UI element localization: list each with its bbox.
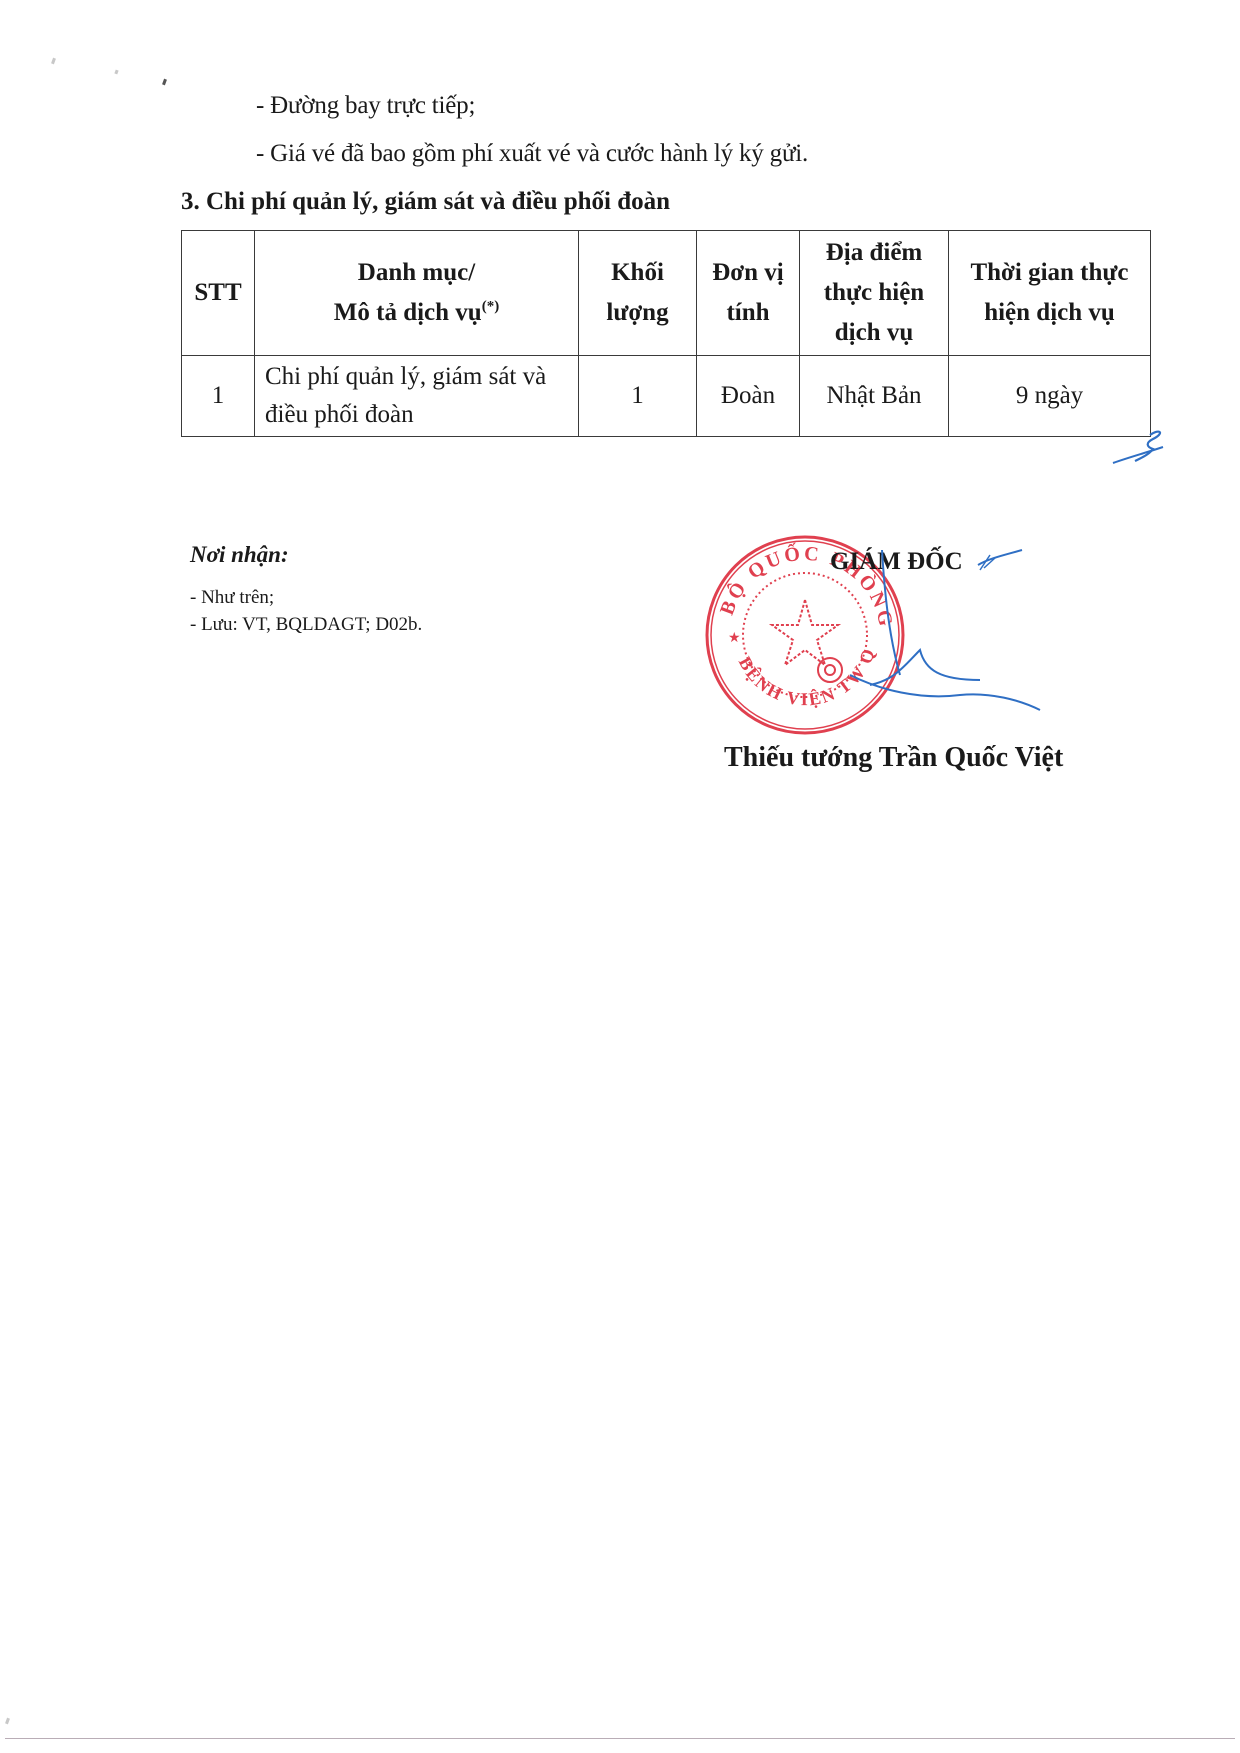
header-location: Địa điểm thực hiện dịch vụ [800, 231, 949, 356]
scan-speck [162, 79, 167, 86]
cell-quantity: 1 [579, 356, 697, 437]
header-desc-line2: Mô tả dịch vụ(*) [261, 293, 572, 333]
footnote-marker: (*) [482, 299, 500, 315]
header-desc-label: Mô tả dịch vụ [334, 299, 482, 326]
header-stt: STT [182, 231, 255, 356]
cell-description: Chi phí quản lý, giám sát và điều phối đ… [255, 356, 579, 437]
header-time-line2: hiện dịch vụ [955, 293, 1144, 333]
services-table: STT Danh mục/ Mô tả dịch vụ(*) Khối lượn… [181, 230, 1151, 437]
bullet-ticket-price: - Giá vé đã bao gồm phí xuất vé và cước … [256, 140, 808, 168]
cell-desc-line1: Chi phí quản lý, giám sát và [265, 358, 572, 396]
initials-mark-icon [1105, 425, 1175, 470]
signature-icon [840, 540, 1050, 720]
cell-location: Nhật Bản [800, 356, 949, 437]
page-bottom-edge [5, 1738, 1235, 1739]
header-stt-label: STT [194, 279, 241, 306]
bullet-direct-flight: - Đường bay trực tiếp; [256, 92, 475, 120]
cell-stt: 1 [182, 356, 255, 437]
section-title: 3. Chi phí quản lý, giám sát và điều phố… [181, 188, 670, 216]
header-qty-line1: Khối [585, 253, 690, 293]
cell-unit: Đoàn [697, 356, 800, 437]
header-description: Danh mục/ Mô tả dịch vụ(*) [255, 231, 579, 356]
scan-speck [51, 58, 56, 65]
header-duration: Thời gian thực hiện dịch vụ [949, 231, 1151, 356]
header-loc-line1: Địa điểm [806, 233, 942, 273]
recipients-title: Nơi nhận: [190, 542, 289, 568]
header-desc-line1: Danh mục/ [261, 253, 572, 293]
signer-name: Thiếu tướng Trần Quốc Việt [724, 742, 1063, 774]
header-quantity: Khối lượng [579, 231, 697, 356]
table-header-row: STT Danh mục/ Mô tả dịch vụ(*) Khối lượn… [182, 231, 1151, 356]
header-unit-line2: tính [703, 293, 793, 333]
cell-desc-line2: điều phối đoàn [265, 396, 572, 434]
header-unit: Đơn vị tính [697, 231, 800, 356]
header-qty-line2: lượng [585, 293, 690, 333]
header-loc-line3: dịch vụ [806, 313, 942, 353]
recipient-item: - Lưu: VT, BQLDAGT; D02b. [190, 611, 422, 638]
header-loc-line2: thực hiện [806, 273, 942, 313]
svg-text:★: ★ [728, 631, 741, 646]
table-row: 1 Chi phí quản lý, giám sát và điều phối… [182, 356, 1151, 437]
scan-speck [114, 70, 118, 75]
header-time-line1: Thời gian thực [955, 253, 1144, 293]
recipient-item: - Như trên; [190, 584, 274, 611]
scan-speck [5, 1718, 10, 1725]
header-unit-line1: Đơn vị [703, 253, 793, 293]
